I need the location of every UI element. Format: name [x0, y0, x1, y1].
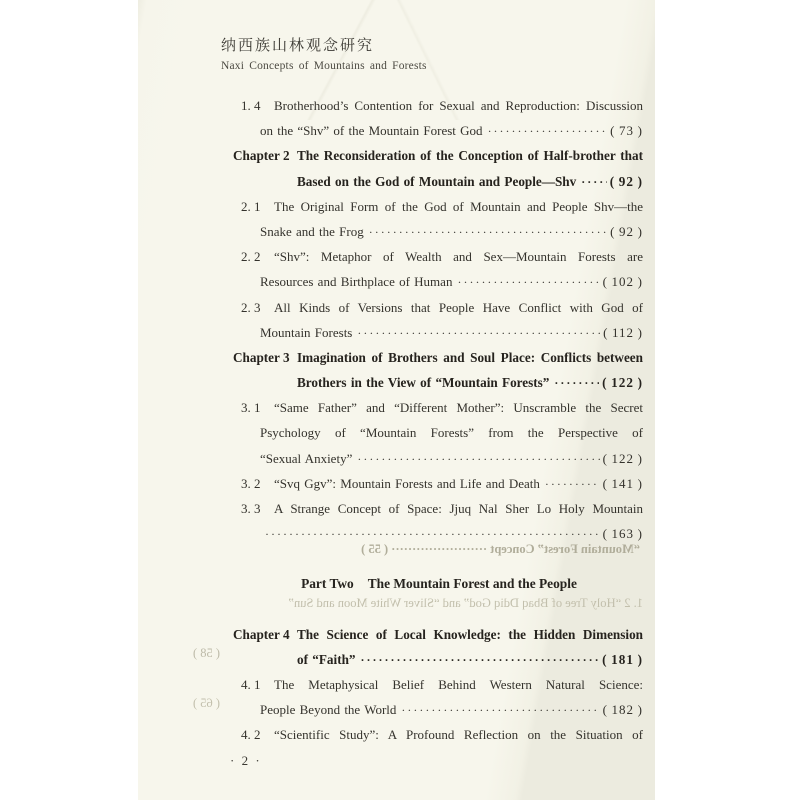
running-header: 纳西族山林观念研究 Naxi Concepts of Mountains and…	[138, 0, 655, 77]
toc-line: Mountain Forests························…	[241, 320, 643, 345]
entry-text: All Kinds of Versions that People Have C…	[274, 295, 643, 320]
entry-text: The Original Form of the God of Mountain…	[274, 194, 643, 219]
page-ref: ( 141 )	[603, 471, 643, 496]
toc-entry: 2. 1The Original Form of the God of Moun…	[138, 194, 655, 244]
toc-line: 3. 2“Svq Ggv”: Mountain Forests and Life…	[241, 471, 643, 496]
toc-line: 1. 4Brotherhood’s Contention for Sexual …	[241, 93, 643, 118]
page-number: · 2 ·	[230, 748, 655, 773]
toc-entry: Chapter 3Imagination of Brothers and Sou…	[138, 345, 655, 395]
entry-text: “Same Father” and “Different Mother”: Un…	[274, 395, 643, 420]
toc-line: Chapter 2The Reconsideration of the Conc…	[233, 143, 643, 168]
leader-dots: ········································…	[488, 119, 608, 144]
entry-text: Mountain Forests	[260, 320, 352, 345]
entry-text: The Science of Local Knowledge: the Hidd…	[297, 622, 643, 647]
toc-line: on the “Shv” of the Mountain Forest God·…	[241, 118, 643, 143]
page-ref: ( 163 )	[603, 521, 643, 546]
leader-dots: ········································…	[554, 371, 599, 396]
page-ref: ( 181 )	[602, 647, 643, 672]
toc-line: 2. 3All Kinds of Versions that People Ha…	[241, 295, 643, 320]
toc-entry: 4. 1The Metaphysical Belief Behind Weste…	[138, 672, 655, 722]
leader-dots: ········································…	[457, 270, 599, 295]
entry-label: Chapter 3	[233, 345, 297, 370]
entry-label: 2. 1	[241, 194, 274, 219]
toc-line: Brothers in the View of “Mountain Forest…	[233, 370, 643, 395]
toc-entry: 3. 2“Svq Ggv”: Mountain Forests and Life…	[138, 471, 655, 496]
toc-line: ········································…	[241, 521, 643, 546]
toc-line: Resources and Birthplace of Human·······…	[241, 269, 643, 294]
toc-line: 4. 1The Metaphysical Belief Behind Weste…	[241, 672, 643, 697]
entry-text: Based on the God of Mountain and People—…	[297, 169, 576, 194]
part-title: The Mountain Forest and the People	[368, 576, 577, 591]
entry-text: Resources and Birthplace of Human	[260, 269, 452, 294]
entry-label: Chapter 4	[233, 622, 297, 647]
entry-text: A Strange Concept of Space: Jjuq Nal She…	[274, 496, 643, 521]
table-of-contents: 1. 4Brotherhood’s Contention for Sexual …	[138, 93, 655, 748]
leader-dots: ········································…	[369, 220, 607, 245]
toc-line: Chapter 4The Science of Local Knowledge:…	[233, 622, 643, 647]
page-ref: ( 73 )	[610, 118, 643, 143]
entry-text: “Svq Ggv”: Mountain Forests and Life and…	[274, 471, 540, 496]
toc-line: 3. 3A Strange Concept of Space: Jjuq Nal…	[241, 496, 643, 521]
leader-dots: ········································…	[401, 698, 599, 723]
entry-text: Imagination of Brothers and Soul Place: …	[297, 345, 643, 370]
toc-entry: 1. 4Brotherhood’s Contention for Sexual …	[138, 93, 655, 143]
toc-line: Chapter 3Imagination of Brothers and Sou…	[233, 345, 643, 370]
entry-text: Brothers in the View of “Mountain Forest…	[297, 370, 549, 395]
toc-entry: 3. 3A Strange Concept of Space: Jjuq Nal…	[138, 496, 655, 546]
entry-text: Snake and the Frog	[260, 219, 364, 244]
page-ref: ( 92 )	[610, 219, 643, 244]
toc-line: Based on the God of Mountain and People—…	[233, 169, 643, 194]
toc-line: 3. 1“Same Father” and “Different Mother”…	[241, 395, 643, 420]
entry-text: “Sexual Anxiety”	[260, 446, 352, 471]
toc-line: Psychology of “Mountain Forests” from th…	[241, 420, 643, 445]
book-photo: “Mountain Forest” Concept ··············…	[0, 0, 800, 800]
toc-line: “Sexual Anxiety”························…	[241, 446, 643, 471]
leader-dots: ········································…	[265, 522, 600, 547]
entry-text: The Metaphysical Belief Behind Western N…	[274, 672, 643, 697]
toc-line: 2. 2“Shv”: Metaphor of Wealth and Sex—Mo…	[241, 244, 643, 269]
page-ref: ( 102 )	[603, 269, 643, 294]
entry-label: 2. 3	[241, 295, 274, 320]
entry-text: “Scientific Study”: A Profound Reflectio…	[274, 722, 643, 747]
entry-label: 1. 4	[241, 93, 274, 118]
page-ref: ( 122 )	[603, 446, 643, 471]
toc-line: of “Faith”······························…	[233, 647, 643, 672]
book-page: “Mountain Forest” Concept ··············…	[138, 0, 655, 800]
leader-dots: ········································…	[361, 648, 600, 673]
toc-entry: 2. 2“Shv”: Metaphor of Wealth and Sex—Mo…	[138, 244, 655, 294]
entry-text: “Shv”: Metaphor of Wealth and Sex—Mounta…	[274, 244, 643, 269]
book-title-english: Naxi Concepts of Mountains and Forests	[221, 56, 643, 77]
toc-entry: 4. 2“Scientific Study”: A Profound Refle…	[138, 722, 655, 747]
entry-label: 3. 2	[241, 471, 274, 496]
page-ref: ( 182 )	[603, 697, 643, 722]
page-ref: ( 122 )	[602, 370, 643, 395]
toc-line: 2. 1The Original Form of the God of Moun…	[241, 194, 643, 219]
leader-dots: ········································…	[357, 447, 599, 472]
entry-text: People Beyond the World	[260, 697, 396, 722]
part-label: Part Two	[301, 576, 354, 591]
entry-text: on the “Shv” of the Mountain Forest God	[260, 118, 483, 143]
toc-line: Snake and the Frog······················…	[241, 219, 643, 244]
entry-text: Psychology of “Mountain Forests” from th…	[260, 420, 643, 445]
entry-label: Chapter 2	[233, 143, 297, 168]
toc-line: 4. 2“Scientific Study”: A Profound Refle…	[241, 722, 643, 747]
entry-label: 4. 1	[241, 672, 274, 697]
entry-text: Brotherhood’s Contention for Sexual and …	[274, 93, 643, 118]
toc-entry: Chapter 2The Reconsideration of the Conc…	[138, 143, 655, 193]
entry-label: 3. 1	[241, 395, 274, 420]
entry-text: The Reconsideration of the Conception of…	[297, 143, 643, 168]
entry-label: 4. 2	[241, 722, 274, 747]
leader-dots: ········································…	[545, 472, 600, 497]
toc-entry: 2. 3All Kinds of Versions that People Ha…	[138, 295, 655, 345]
toc-entry: 3. 1“Same Father” and “Different Mother”…	[138, 395, 655, 471]
page-ref: ( 92 )	[610, 169, 643, 194]
leader-dots: ········································…	[581, 170, 607, 195]
entry-text: of “Faith”	[297, 647, 356, 672]
part-heading: Part TwoThe Mountain Forest and the Peop…	[233, 571, 645, 596]
book-title-chinese: 纳西族山林观念研究	[221, 37, 643, 56]
toc-entry: Chapter 4The Science of Local Knowledge:…	[138, 622, 655, 672]
entry-label: 2. 2	[241, 244, 274, 269]
page-ref: ( 112 )	[603, 320, 643, 345]
entry-label: 3. 3	[241, 496, 274, 521]
toc-line: People Beyond the World·················…	[241, 697, 643, 722]
leader-dots: ········································…	[357, 321, 600, 346]
